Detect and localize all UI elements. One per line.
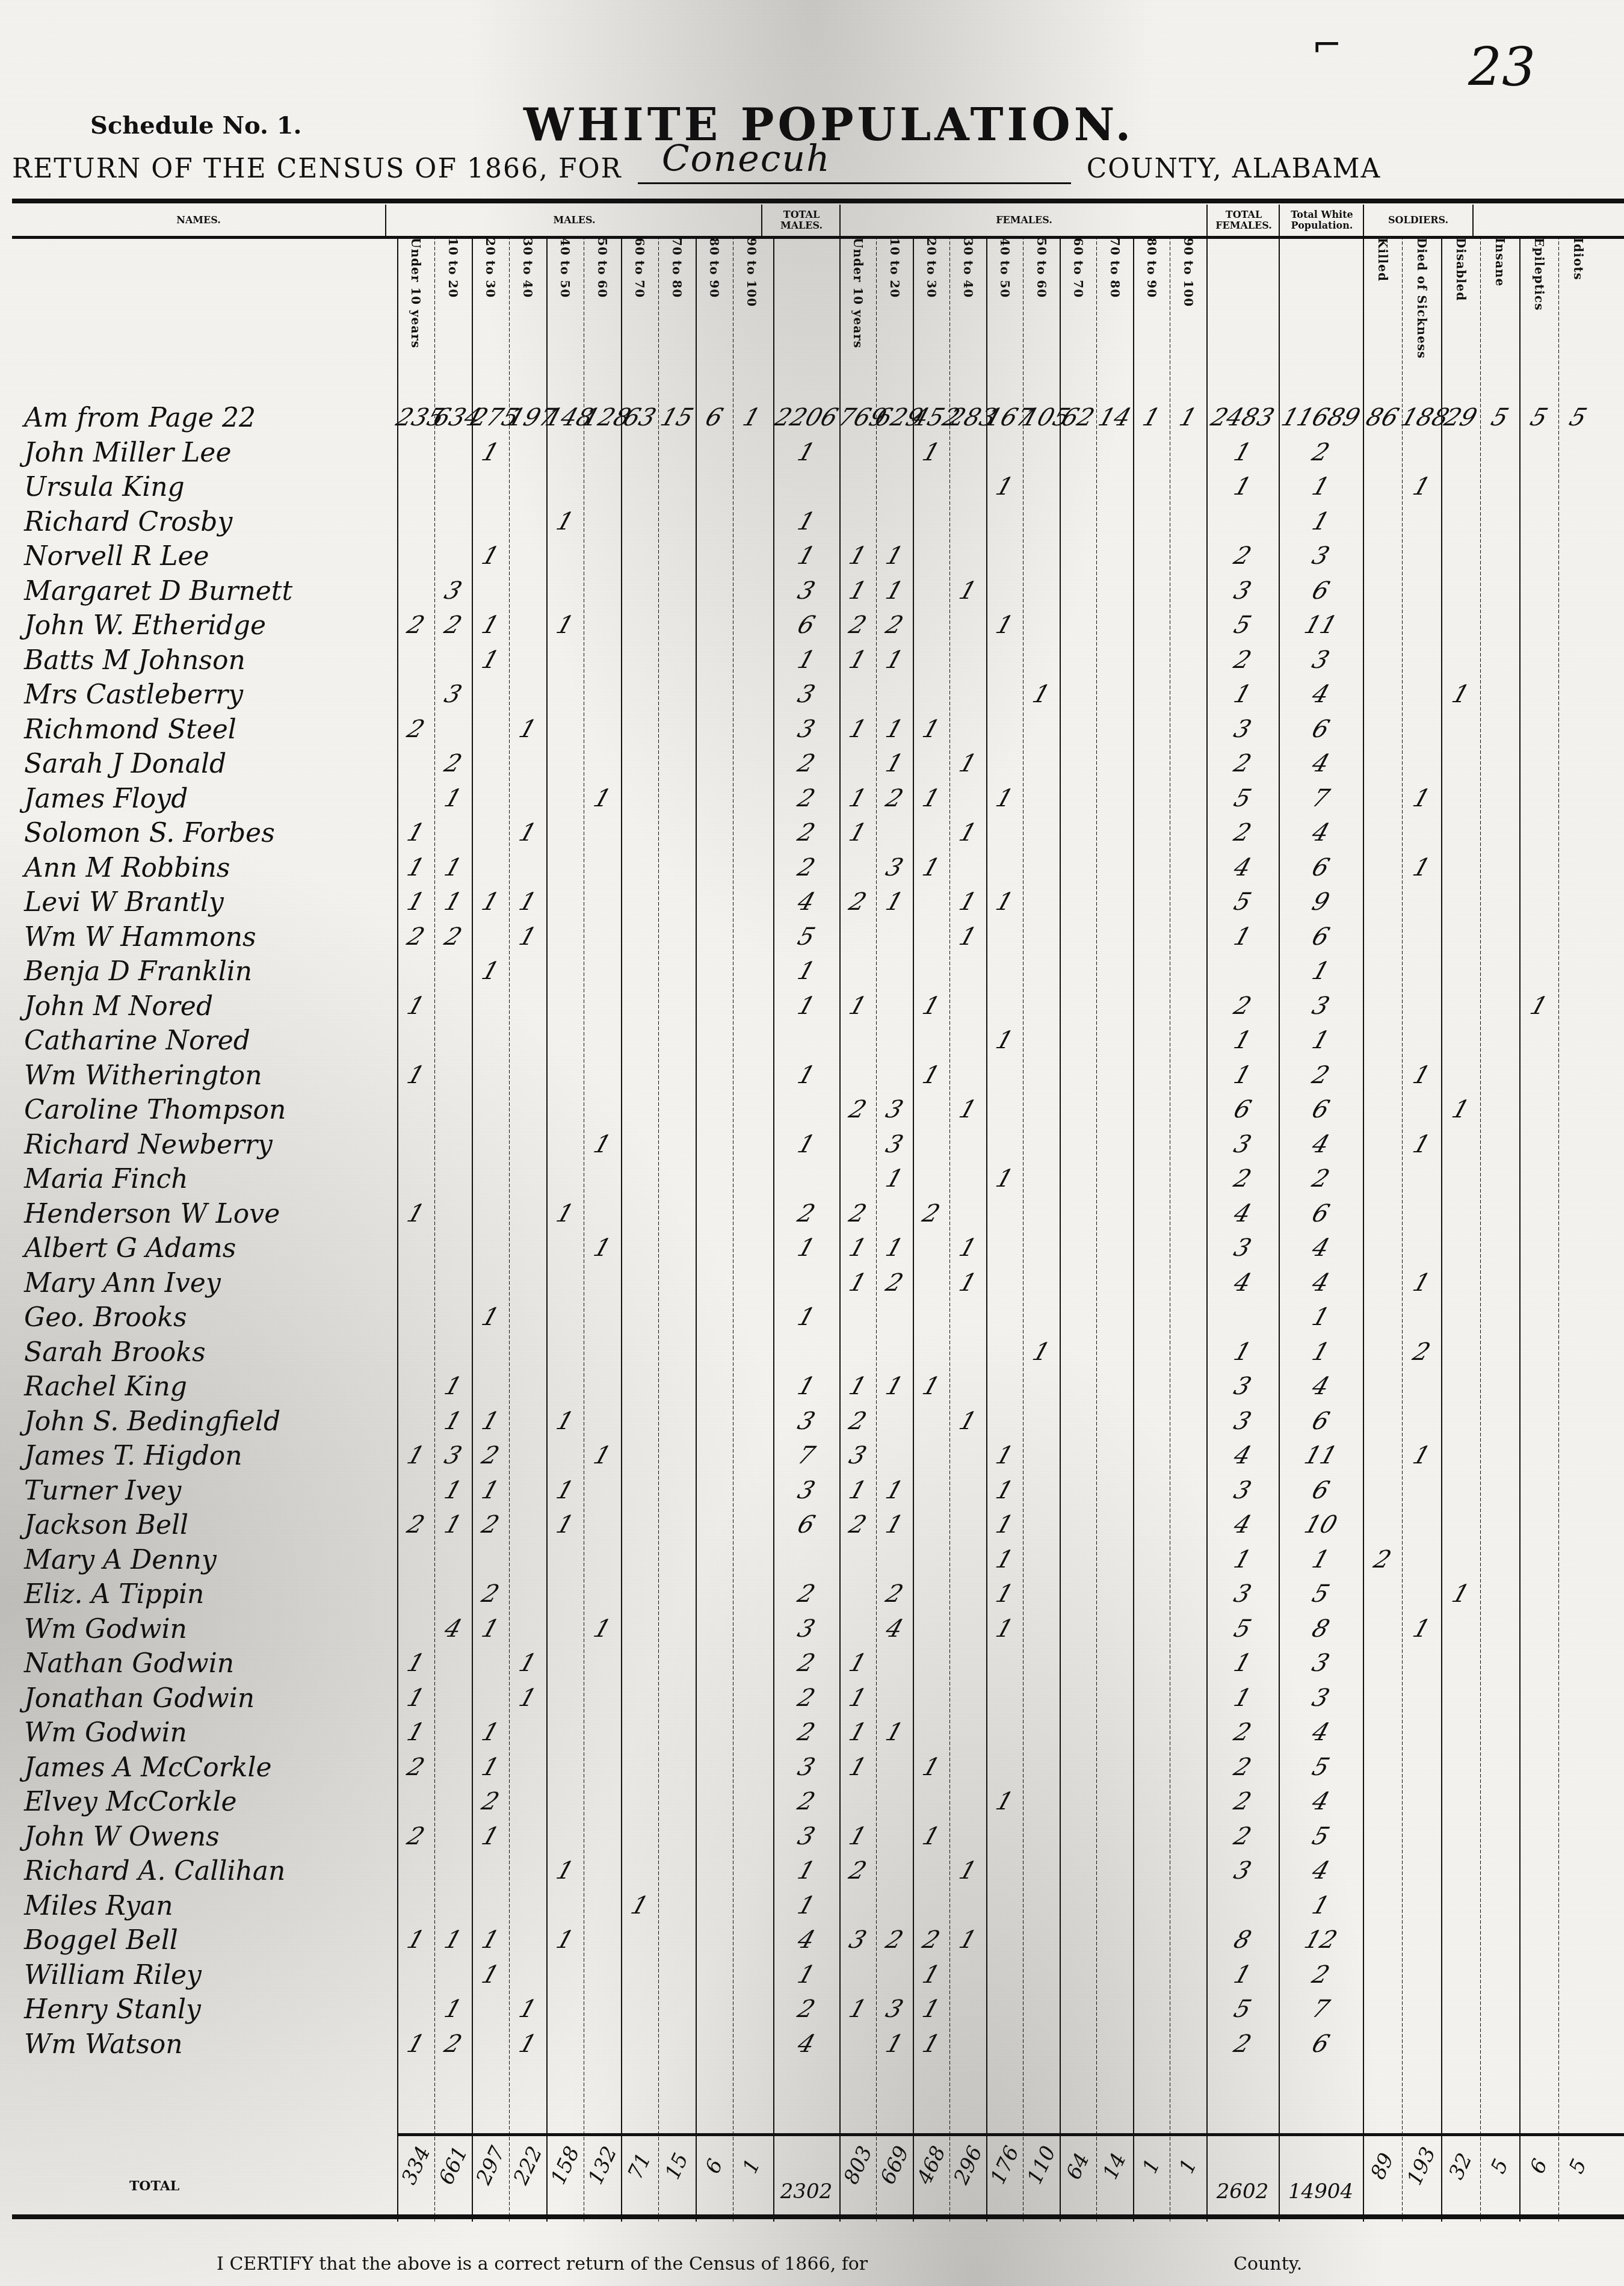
- total-female-age-cell: 669: [875, 2145, 913, 2188]
- soldier-column-header-label: Disabled: [1454, 238, 1468, 301]
- table-row: Boggel Bell111143221812: [0, 1923, 1624, 1956]
- male-count-cell: 2: [393, 1753, 439, 1781]
- male-count-cell: 1: [468, 542, 514, 570]
- table-row: Mary A Denny1112: [0, 1542, 1624, 1576]
- total-females-cell: 3: [1202, 1373, 1283, 1400]
- male-age-column-header: 90 to 100: [733, 238, 770, 376]
- table-row: William Riley11112: [0, 1957, 1624, 1991]
- total-males-cell: 3: [769, 1753, 844, 1781]
- total-white-cell: 4: [1274, 1719, 1368, 1746]
- total-females-cell: 2: [1202, 1788, 1283, 1815]
- total-females-cell: 3: [1202, 1580, 1283, 1608]
- total-females-cell: 1: [1202, 1338, 1283, 1366]
- male-count-cell: 1: [468, 1961, 514, 1989]
- female-count-cell: 1: [945, 750, 991, 777]
- male-count-cell: 2: [468, 1788, 514, 1815]
- total-white-cell: 6: [1274, 923, 1368, 951]
- soldier-status-cell: 1: [1398, 473, 1446, 501]
- total-female-age-cell: 296: [949, 2145, 986, 2188]
- total-males-cell: 2: [769, 1788, 844, 1815]
- return-suffix: COUNTY, ALABAMA: [1087, 153, 1382, 184]
- male-count-cell: 1: [505, 1649, 551, 1677]
- household-name: Boggel Bell: [24, 1925, 178, 1956]
- household-name: Mrs Castleberry: [24, 679, 243, 710]
- female-count-cell: 4: [872, 1615, 918, 1643]
- total-males-cell: 1: [769, 1373, 844, 1400]
- table-row: Richard Crosby111: [0, 504, 1624, 538]
- total-males-cell: 1: [769, 1303, 844, 1331]
- total-males-cell: 7: [769, 1442, 844, 1469]
- household-name: Catharine Nored: [24, 1025, 250, 1056]
- total-males-cell: 2: [769, 819, 844, 847]
- male-age-column-header-label: 70 to 80: [670, 238, 684, 298]
- total-white-cell: 5: [1274, 1823, 1368, 1850]
- male-count-cell: 1: [542, 1926, 588, 1954]
- total-males-cell: 2: [769, 1649, 844, 1677]
- total-white-cell: 2: [1274, 1061, 1368, 1089]
- total-females-cell: 3: [1202, 715, 1283, 743]
- table-row: John W. Etheridge22116221511: [0, 608, 1624, 641]
- male-count-cell: 1: [393, 819, 439, 847]
- household-name: James Floyd: [24, 783, 188, 814]
- total-white-cell: 3: [1274, 646, 1368, 674]
- male-count-cell: 1: [505, 1995, 551, 2023]
- female-age-column-header: 10 to 20: [876, 238, 913, 376]
- total-white-cell: 1: [1274, 1892, 1368, 1920]
- male-count-cell: 1: [393, 1061, 439, 1089]
- female-age-column-header-label: 90 to 100: [1181, 238, 1196, 307]
- total-females-cell: 5: [1202, 1615, 1283, 1643]
- male-count-cell: 1: [617, 1892, 663, 1920]
- page-number: 23: [1468, 36, 1536, 98]
- table-row: John S. Bedingfield11132136: [0, 1404, 1624, 1438]
- total-females-cell: 2: [1202, 646, 1283, 674]
- male-age-column-header: 60 to 70: [621, 238, 658, 376]
- total-soldier-cell: 32: [1442, 2143, 1480, 2189]
- soldier-column-header: Disabled: [1441, 238, 1480, 376]
- table-row: Nathan Godwin112113: [0, 1646, 1624, 1679]
- total-males-cell: 1: [769, 1892, 844, 1920]
- male-count-cell: 1: [579, 1131, 626, 1158]
- total-females-cell: 5: [1202, 611, 1283, 639]
- total-male-age-cell: 222: [509, 2144, 546, 2188]
- soldier-status-cell: 1: [1398, 1061, 1446, 1089]
- total-males-cell: 2: [769, 1200, 844, 1228]
- male-count-cell: 1: [542, 1477, 588, 1504]
- total-females-cell: 1: [1202, 923, 1283, 951]
- total-males-cell: 2: [769, 785, 844, 812]
- table-row: Ann M Robbins11231461: [0, 850, 1624, 884]
- schedule-label: Schedule No. 1.: [90, 111, 302, 140]
- soldier-status-cell: 2: [1398, 1338, 1446, 1366]
- male-age-column-header-label: 50 to 60: [595, 238, 610, 298]
- male-count-cell: 1: [393, 1200, 439, 1228]
- county-name: Conecuh: [662, 138, 831, 180]
- total-males-cell: 3: [769, 577, 844, 605]
- total-males-cell: 4: [769, 2030, 844, 2058]
- male-count-cell: 1: [468, 1753, 514, 1781]
- table-row: John W Owens2131125: [0, 1819, 1624, 1853]
- total-males-cell: 2: [769, 1719, 844, 1746]
- female-count-cell: 1: [982, 611, 1028, 639]
- soldier-status-cell: 1: [1437, 681, 1485, 708]
- total-female-age-cell: 1: [1169, 2145, 1206, 2188]
- household-name: John W. Etheridge: [24, 610, 266, 641]
- total-females-cell: 1: [1202, 1961, 1283, 1989]
- male-count-cell: 1: [393, 992, 439, 1020]
- total-females-cell: 4: [1202, 1442, 1283, 1469]
- soldier-column-header-label: Idiots: [1571, 238, 1585, 280]
- household-name: Henry Stanly: [24, 1994, 201, 2025]
- table-row: John M Nored1111231: [0, 989, 1624, 1022]
- household-name: Wm W Hammons: [24, 922, 256, 953]
- table-row: Solomon S. Forbes1121124: [0, 815, 1624, 849]
- soldier-column-header-label: Killed: [1375, 238, 1390, 282]
- female-count-cell: 2: [909, 1200, 954, 1228]
- soldiers-header: SOLDIERS.: [1363, 205, 1474, 236]
- male-count-cell: 2: [468, 1511, 514, 1539]
- household-name: Miles Ryan: [24, 1891, 173, 1921]
- male-age-column-header-label: 60 to 70: [632, 238, 647, 298]
- total-males-cell: 1: [769, 957, 844, 985]
- household-name: Ursula King: [24, 472, 185, 502]
- total-females-cell: 1: [1202, 681, 1283, 708]
- total-males-cell: 2206: [769, 404, 844, 431]
- female-age-column-header-label: 70 to 80: [1108, 238, 1122, 298]
- male-count-cell: 1: [468, 957, 514, 985]
- male-age-column-header-label: 90 to 100: [744, 238, 759, 307]
- total-females-cell: 3: [1202, 1857, 1283, 1885]
- female-count-cell: 1: [945, 1096, 991, 1123]
- male-count-cell: 1: [430, 1373, 477, 1400]
- household-name: Albert G Adams: [24, 1233, 236, 1264]
- male-age-column-header-label: 80 to 90: [707, 238, 721, 298]
- female-count-cell: 1: [872, 1165, 918, 1193]
- totals-rule-bottom: [12, 2214, 1624, 2219]
- female-count-cell: 1: [982, 1477, 1028, 1504]
- table-row: John Miller Lee11112: [0, 435, 1624, 469]
- total-female-age-cell: 176: [986, 2145, 1023, 2188]
- grand-total-white: 14904: [1279, 2179, 1363, 2204]
- column-group-header: NAMES. MALES. TOTAL MALES. FEMALES. TOTA…: [12, 205, 1624, 236]
- male-count-cell: 1: [468, 1303, 514, 1331]
- total-white-cell: 11: [1274, 1442, 1368, 1469]
- total-males-cell: 1: [769, 646, 844, 674]
- table-row: Am from Page 222356342751971481286315612…: [0, 400, 1624, 434]
- table-row: Wm Godwin1121124: [0, 1715, 1624, 1749]
- male-age-column-header: 40 to 50: [546, 238, 584, 376]
- total-males-cell: 3: [769, 1823, 844, 1850]
- soldier-status-cell: 1: [1398, 854, 1446, 882]
- total-soldier-cell: 89: [1363, 2143, 1402, 2189]
- total-white-cell: 1: [1274, 1546, 1368, 1574]
- corner-mark: ⌐: [1312, 24, 1342, 66]
- female-count-cell: 1: [909, 1961, 954, 1989]
- soldier-column-header-label: Insane: [1493, 238, 1507, 286]
- total-white-header: Total White Population.: [1279, 205, 1364, 236]
- male-age-column-header: 80 to 90: [696, 238, 733, 376]
- total-males-cell: 1: [769, 992, 844, 1020]
- male-count-cell: 3: [430, 577, 477, 605]
- total-females-cell: 4: [1202, 1200, 1283, 1228]
- table-row: Elvey McCorkle22124: [0, 1784, 1624, 1818]
- total-white-cell: 7: [1274, 1995, 1368, 2023]
- male-count-cell: 1: [579, 1234, 626, 1262]
- male-count-cell: 2: [393, 715, 439, 743]
- total-white-cell: 3: [1274, 992, 1368, 1020]
- table-row: Geo. Brooks111: [0, 1300, 1624, 1333]
- male-age-column-header: 20 to 30: [472, 238, 509, 376]
- total-males-cell: 1: [769, 439, 844, 466]
- table-row: James T. Higdon13217314111: [0, 1438, 1624, 1472]
- female-count-cell: 1: [1019, 1338, 1064, 1366]
- household-name: Eliz. A Tippin: [24, 1579, 204, 1610]
- total-males-cell: 2: [769, 1995, 844, 2023]
- table-row: Richard A. Callihan112134: [0, 1853, 1624, 1887]
- table-row: Jackson Bell21216211410: [0, 1507, 1624, 1541]
- total-females-cell: 4: [1202, 854, 1283, 882]
- total-white-cell: 4: [1274, 681, 1368, 708]
- total-females-cell: 1: [1202, 473, 1283, 501]
- male-count-cell: 1: [579, 1615, 626, 1643]
- table-row: Albert G Adams1111134: [0, 1231, 1624, 1264]
- female-age-column-header-label: 80 to 90: [1144, 238, 1159, 298]
- household-name: Mary A Denny: [24, 1545, 217, 1575]
- total-females-cell: 2: [1202, 1823, 1283, 1850]
- total-male-age-cell: 71: [621, 2144, 658, 2188]
- soldier-column-header-label: Epileptics: [1532, 238, 1546, 310]
- total-males-cell: 2: [769, 1580, 844, 1608]
- total-white-cell: 4: [1274, 1269, 1368, 1297]
- total-males-cell: 1: [769, 542, 844, 570]
- total-females-cell: 3: [1202, 1407, 1283, 1435]
- total-males-cell: 2: [769, 1684, 844, 1712]
- total-females-cell: 4: [1202, 1269, 1283, 1297]
- household-name: Wm Witherington: [24, 1060, 262, 1091]
- table-row: Caroline Thompson231661: [0, 1092, 1624, 1126]
- male-count-cell: 2: [430, 750, 477, 777]
- female-count-cell: 1: [909, 992, 954, 1020]
- total-white-cell: 3: [1274, 542, 1368, 570]
- household-name: Sarah J Donald: [24, 749, 226, 779]
- male-count-cell: 1: [542, 1407, 588, 1435]
- total-white-cell: 6: [1274, 2030, 1368, 2058]
- male-count-cell: 1: [542, 1857, 588, 1885]
- male-age-column-header-label: 30 to 40: [520, 238, 535, 298]
- female-count-cell: 1: [945, 923, 991, 951]
- household-name: James A McCorkle: [24, 1752, 272, 1783]
- female-count-cell: 1: [909, 1823, 954, 1850]
- male-count-cell: 1: [393, 1649, 439, 1677]
- female-age-column-header-label: 60 to 70: [1071, 238, 1085, 298]
- total-white-cell: 4: [1274, 1788, 1368, 1815]
- soldier-status-cell: 1: [1398, 1269, 1446, 1297]
- soldier-column-header: Idiots: [1558, 238, 1598, 376]
- soldier-column-header: Killed: [1363, 238, 1402, 376]
- total-female-age-cell: 110: [1022, 2145, 1060, 2188]
- total-females-cell: 4: [1202, 1511, 1283, 1539]
- total-females-cell: 1: [1202, 1027, 1283, 1054]
- total-females-cell: 1: [1202, 439, 1283, 466]
- grand-total-females: 2602: [1206, 2179, 1279, 2204]
- household-name: Jonathan Godwin: [24, 1683, 255, 1714]
- male-count-cell: 1: [505, 819, 551, 847]
- female-count-cell: 1: [872, 750, 918, 777]
- table-row: Wm Watson12141126: [0, 2027, 1624, 2060]
- total-females-cell: 2: [1202, 2030, 1283, 2058]
- total-females-cell: 5: [1202, 1995, 1283, 2023]
- total-females-cell: 1: [1202, 1684, 1283, 1712]
- female-age-column-header: 50 to 60: [1023, 238, 1060, 376]
- table-row: Norvell R Lee111123: [0, 539, 1624, 572]
- male-count-cell: 2: [468, 1442, 514, 1469]
- total-white-cell: 5: [1274, 1580, 1368, 1608]
- total-females-cell: 3: [1202, 577, 1283, 605]
- total-white-cell: 6: [1274, 1096, 1368, 1123]
- total-female-age-cell: 468: [912, 2145, 949, 2188]
- male-age-column-header: 30 to 40: [509, 238, 546, 376]
- male-age-column-header-label: 40 to 50: [558, 238, 572, 298]
- male-count-cell: 1: [505, 923, 551, 951]
- total-white-cell: 1: [1274, 473, 1368, 501]
- household-name: Rachel King: [24, 1371, 187, 1402]
- total-male-age-cell: 297: [472, 2144, 509, 2188]
- male-count-cell: 1: [542, 611, 588, 639]
- males-header: MALES.: [385, 205, 762, 236]
- totals-rule-top: [397, 2133, 1624, 2136]
- table-row: Benja D Franklin111: [0, 954, 1624, 987]
- total-males-cell: 1: [769, 1131, 844, 1158]
- total-white-cell: 6: [1274, 1477, 1368, 1504]
- household-name: Batts M Johnson: [24, 645, 245, 676]
- female-age-column-header-label: 20 to 30: [924, 238, 939, 298]
- total-white-cell: 1: [1274, 957, 1368, 985]
- total-females-cell: 2: [1202, 819, 1283, 847]
- total-soldier-cell: 193: [1403, 2143, 1441, 2189]
- return-line: RETURN OF THE CENSUS OF 1866, FOR Conecu…: [12, 153, 1381, 184]
- table-row: Catharine Nored111: [0, 1023, 1624, 1057]
- total-males-cell: 1: [769, 1061, 844, 1089]
- total-male-age-cell: 158: [546, 2144, 584, 2188]
- total-males-header: TOTAL MALES.: [761, 205, 841, 236]
- total-males-cell: 3: [769, 715, 844, 743]
- household-name: Wm Godwin: [24, 1614, 187, 1645]
- household-name: Wm Watson: [24, 2029, 183, 2060]
- female-count-cell: 1: [982, 1788, 1028, 1815]
- total-males-cell: 3: [769, 1407, 844, 1435]
- females-header: FEMALES.: [839, 205, 1208, 236]
- table-row: Mrs Castleberry331141: [0, 677, 1624, 711]
- female-count-cell: 1: [945, 819, 991, 847]
- total-females-cell: 1: [1202, 1546, 1283, 1574]
- total-females-cell: 1: [1202, 1649, 1283, 1677]
- female-age-column-header: 70 to 80: [1096, 238, 1133, 376]
- total-soldier-cell: 5: [1481, 2143, 1519, 2189]
- total-male-age-cell: 132: [584, 2144, 621, 2188]
- total-white-cell: 4: [1274, 819, 1368, 847]
- male-count-cell: 1: [579, 785, 626, 812]
- household-name: John S. Bedingfield: [24, 1406, 280, 1437]
- names-header: NAMES.: [12, 205, 385, 236]
- total-males-cell: 2: [769, 750, 844, 777]
- total-white-cell: 4: [1274, 1131, 1368, 1158]
- household-name: Jackson Bell: [24, 1510, 188, 1540]
- table-row: Ursula King1111: [0, 469, 1624, 503]
- female-count-cell: 1: [945, 1407, 991, 1435]
- table-row: Sarah Brooks1112: [0, 1335, 1624, 1368]
- total-males-cell: 3: [769, 1615, 844, 1643]
- table-row: James Floyd1121211571: [0, 781, 1624, 815]
- total-females-header: TOTAL FEMALES.: [1206, 205, 1280, 236]
- female-age-column-header: 40 to 50: [986, 238, 1023, 376]
- total-female-age-cell: 64: [1059, 2145, 1096, 2188]
- table-row: Henderson W Love1122246: [0, 1196, 1624, 1230]
- household-name: James T. Higdon: [24, 1441, 242, 1471]
- total-white-cell: 1: [1274, 1027, 1368, 1054]
- male-count-cell: 1: [468, 439, 514, 466]
- table-row: Wm Godwin411341581: [0, 1611, 1624, 1645]
- male-count-cell: 1: [430, 1995, 477, 2023]
- female-age-column-header: 20 to 30: [913, 238, 949, 376]
- total-females-cell: 2: [1202, 750, 1283, 777]
- total-females-cell: 2: [1202, 1719, 1283, 1746]
- certification-county-label: County.: [1233, 2254, 1302, 2275]
- table-row: James A McCorkle2131125: [0, 1750, 1624, 1784]
- household-name: Sarah Brooks: [24, 1337, 206, 1368]
- total-white-cell: 5: [1274, 1753, 1368, 1781]
- male-count-cell: 1: [542, 1511, 588, 1539]
- female-count-cell: 1: [909, 1061, 954, 1089]
- soldier-status-cell: 2: [1359, 1546, 1407, 1574]
- male-count-cell: 1: [505, 1684, 551, 1712]
- female-count-cell: 1: [982, 1580, 1028, 1608]
- return-prefix: RETURN OF THE CENSUS OF 1866, FOR: [12, 153, 622, 184]
- household-name: Maria Finch: [24, 1164, 188, 1194]
- female-count-cell: 2: [872, 1580, 918, 1608]
- household-name: Nathan Godwin: [24, 1648, 234, 1679]
- soldier-column-header: Insane: [1480, 238, 1519, 376]
- county-field: Conecuh: [638, 156, 1071, 184]
- male-count-cell: 1: [468, 1719, 514, 1746]
- household-name: John W Owens: [24, 1821, 220, 1852]
- male-count-cell: 1: [468, 646, 514, 674]
- male-age-column-header-label: 20 to 30: [483, 238, 498, 298]
- soldier-column-header: Epileptics: [1519, 238, 1558, 376]
- total-male-age-cell: 1: [733, 2144, 770, 2188]
- male-count-cell: 1: [393, 1719, 439, 1746]
- total-soldier-cell: 6: [1520, 2143, 1558, 2189]
- female-count-cell: 1: [982, 1027, 1028, 1054]
- table-row: Sarah J Donald221124: [0, 746, 1624, 780]
- table-row: Jonathan Godwin112113: [0, 1681, 1624, 1714]
- soldier-status-cell: 1: [1398, 785, 1446, 812]
- household-name: Geo. Brooks: [24, 1302, 187, 1333]
- total-females-cell: 2: [1202, 992, 1283, 1020]
- total-males-cell: 2: [769, 854, 844, 882]
- table-row: Margaret D Burnett3311136: [0, 573, 1624, 607]
- total-males-cell: 1: [769, 1234, 844, 1262]
- female-age-column-header: Under 10 years: [839, 238, 876, 376]
- total-white-cell: 2: [1274, 1165, 1368, 1193]
- male-age-column-header: 70 to 80: [658, 238, 696, 376]
- female-count-cell: 1: [909, 1753, 954, 1781]
- total-white-cell: 6: [1274, 577, 1368, 605]
- male-age-column-header: Under 10 years: [397, 238, 434, 376]
- male-count-cell: 1: [579, 1442, 626, 1469]
- soldier-status-cell: 1: [1437, 1580, 1485, 1608]
- total-white-cell: 1: [1274, 1303, 1368, 1331]
- total-male-age-cell: 6: [696, 2144, 733, 2188]
